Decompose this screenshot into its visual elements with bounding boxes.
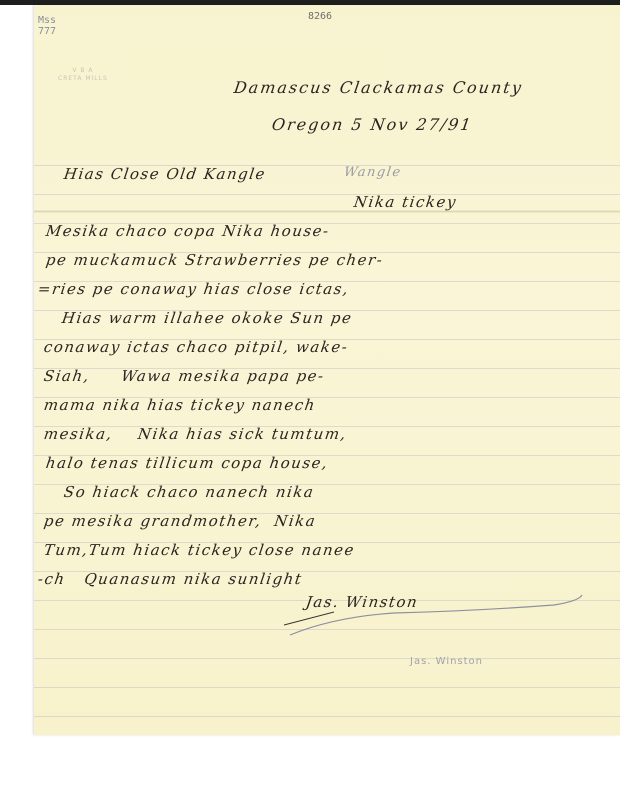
pencil-annotation: Jas. Winston bbox=[410, 656, 483, 667]
letter-page: Mss 777 8266 V B A CRETA MILLS Damascus … bbox=[34, 5, 620, 735]
signature-flourish bbox=[34, 5, 620, 735]
